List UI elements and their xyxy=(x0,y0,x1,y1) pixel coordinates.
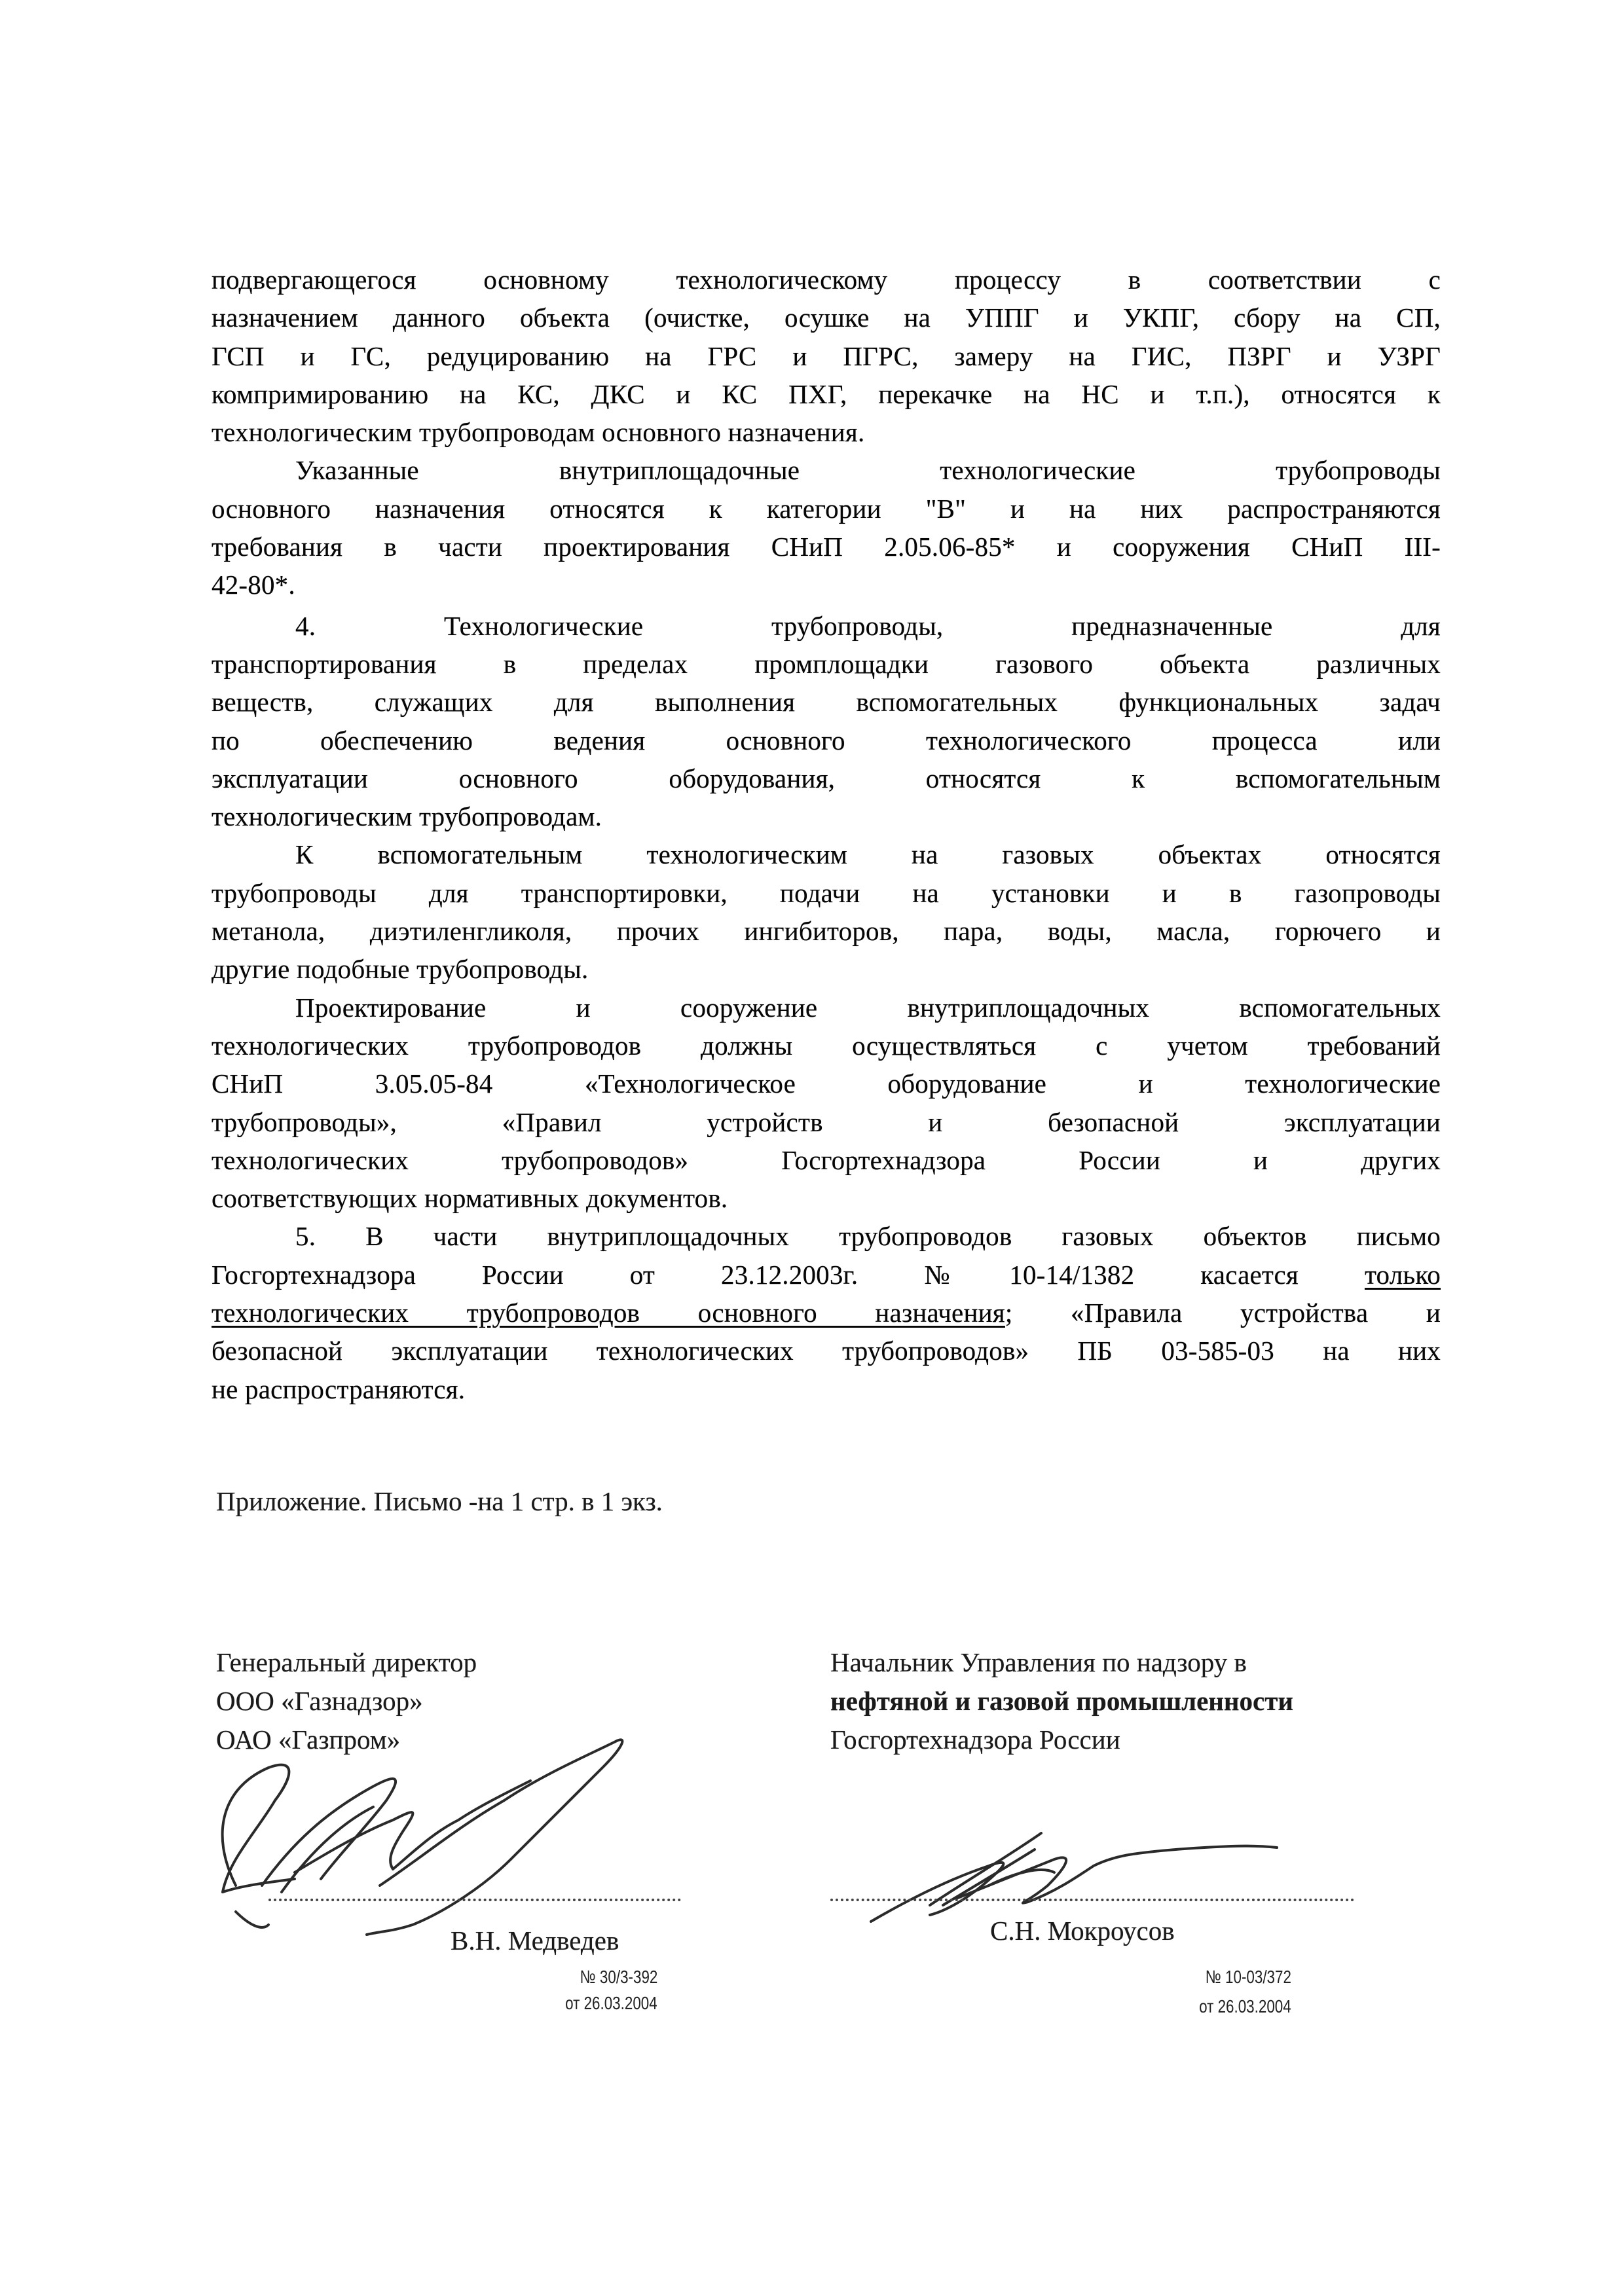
signature-line-right xyxy=(830,1899,1354,1901)
text-line: трубопроводы», «Правил устройств и безоп… xyxy=(212,1103,1441,1141)
text-line: основного назначения относятся к категор… xyxy=(212,490,1441,528)
signatory-right-reg-date: от 26.03.2004 xyxy=(1199,1994,1291,2020)
text-line: не распространяются. xyxy=(212,1370,1441,1408)
text-line: компримированию на КС, ДКС и КС ПХГ, пер… xyxy=(212,375,1441,413)
text-line: технологическим трубопроводам. xyxy=(212,797,1441,835)
text-segment: ; «Правила устройства и xyxy=(1005,1298,1441,1328)
signatory-right-name: С.Н. Мокроусов xyxy=(990,1915,1175,1946)
text-line: по обеспечению ведения основного техноло… xyxy=(212,721,1441,759)
text-line: эксплуатации основного оборудования, отн… xyxy=(212,759,1441,797)
paragraph-item-4: 4. Технологические трубопроводы, предназ… xyxy=(212,607,1441,836)
text-line: назначением данного объекта (очистке, ос… xyxy=(212,299,1441,337)
text-line: 42-80*. xyxy=(212,566,1441,604)
paragraph-auxiliary-list: К вспомогательным технологическим на газ… xyxy=(212,835,1441,988)
text-line: Указанные внутриплощадочные технологичес… xyxy=(212,451,1441,489)
paragraph-design: Проектирование и сооружение внутриплощад… xyxy=(212,989,1441,1218)
text-line: транспортирования в пределах промплощадк… xyxy=(212,645,1441,683)
signature-left-icon xyxy=(196,1728,720,1944)
text-segment: Госгортехнадзора России от 23.12.2003г. … xyxy=(212,1260,1365,1290)
underlined-text: технологических трубопроводов основного … xyxy=(212,1298,1005,1328)
title-line: ООО «Газнадзор» xyxy=(216,1682,477,1721)
title-line: Генеральный директор xyxy=(216,1643,477,1682)
text-line: трубопроводы для транспортировки, подачи… xyxy=(212,874,1441,912)
paragraph-main-purpose: подвергающегося основному технологическо… xyxy=(212,261,1441,451)
attachment-note: Приложение. Письмо -на 1 стр. в 1 экз. xyxy=(216,1485,663,1518)
signatory-left-name: В.Н. Медведев xyxy=(451,1925,619,1956)
signatory-right-reg-number: № 10-03/372 xyxy=(1206,1964,1291,1990)
paragraph-item-5: 5. В части внутриплощадочных трубопровод… xyxy=(212,1217,1441,1408)
underlined-text: только xyxy=(1365,1260,1441,1290)
signatory-right-title: Начальник Управления по надзору в нефтян… xyxy=(830,1643,1293,1759)
text-line: безопасной эксплуатации технологических … xyxy=(212,1332,1441,1370)
text-line: ГСП и ГС, редуцированию на ГРС и ПГРС, з… xyxy=(212,337,1441,375)
text-line: Госгортехнадзора России от 23.12.2003г. … xyxy=(212,1256,1441,1294)
signatory-left-reg-date: от 26.03.2004 xyxy=(565,1990,657,2016)
signatory-left-reg-number: № 30/3-392 xyxy=(580,1964,657,1990)
title-line: Начальник Управления по надзору в xyxy=(830,1643,1293,1682)
text-line: метанола, диэтиленгликоля, прочих ингиби… xyxy=(212,912,1441,950)
text-line: веществ, служащих для выполнения вспомог… xyxy=(212,683,1441,721)
text-line: 5. В части внутриплощадочных трубопровод… xyxy=(212,1217,1441,1255)
paragraph-category: Указанные внутриплощадочные технологичес… xyxy=(212,451,1441,604)
title-line: нефтяной и газовой промышленности xyxy=(830,1682,1293,1721)
document-page: подвергающегося основному технологическо… xyxy=(0,0,1624,2296)
text-line: СНиП 3.05.05-84 «Технологическое оборудо… xyxy=(212,1065,1441,1102)
letter-body: подвергающегося основному технологическо… xyxy=(212,261,1441,1408)
text-line: подвергающегося основному технологическо… xyxy=(212,261,1441,299)
text-line: соответствующих нормативных документов. xyxy=(212,1179,1441,1217)
text-line: технологическим трубопроводам основного … xyxy=(212,413,1441,451)
text-line: технологических трубопроводов основного … xyxy=(212,1294,1441,1332)
text-line: Проектирование и сооружение внутриплощад… xyxy=(212,989,1441,1027)
text-line: другие подобные трубопроводы. xyxy=(212,950,1441,988)
text-line: технологических трубопроводов должны осу… xyxy=(212,1027,1441,1065)
signature-line-left xyxy=(268,1899,681,1901)
text-line: требования в части проектирования СНиП 2… xyxy=(212,528,1441,566)
title-line: Госгортехнадзора России xyxy=(830,1721,1293,1759)
text-line: К вспомогательным технологическим на газ… xyxy=(212,835,1441,873)
text-line: 4. Технологические трубопроводы, предназ… xyxy=(212,607,1441,645)
text-line: технологических трубопроводов» Госгортех… xyxy=(212,1141,1441,1179)
